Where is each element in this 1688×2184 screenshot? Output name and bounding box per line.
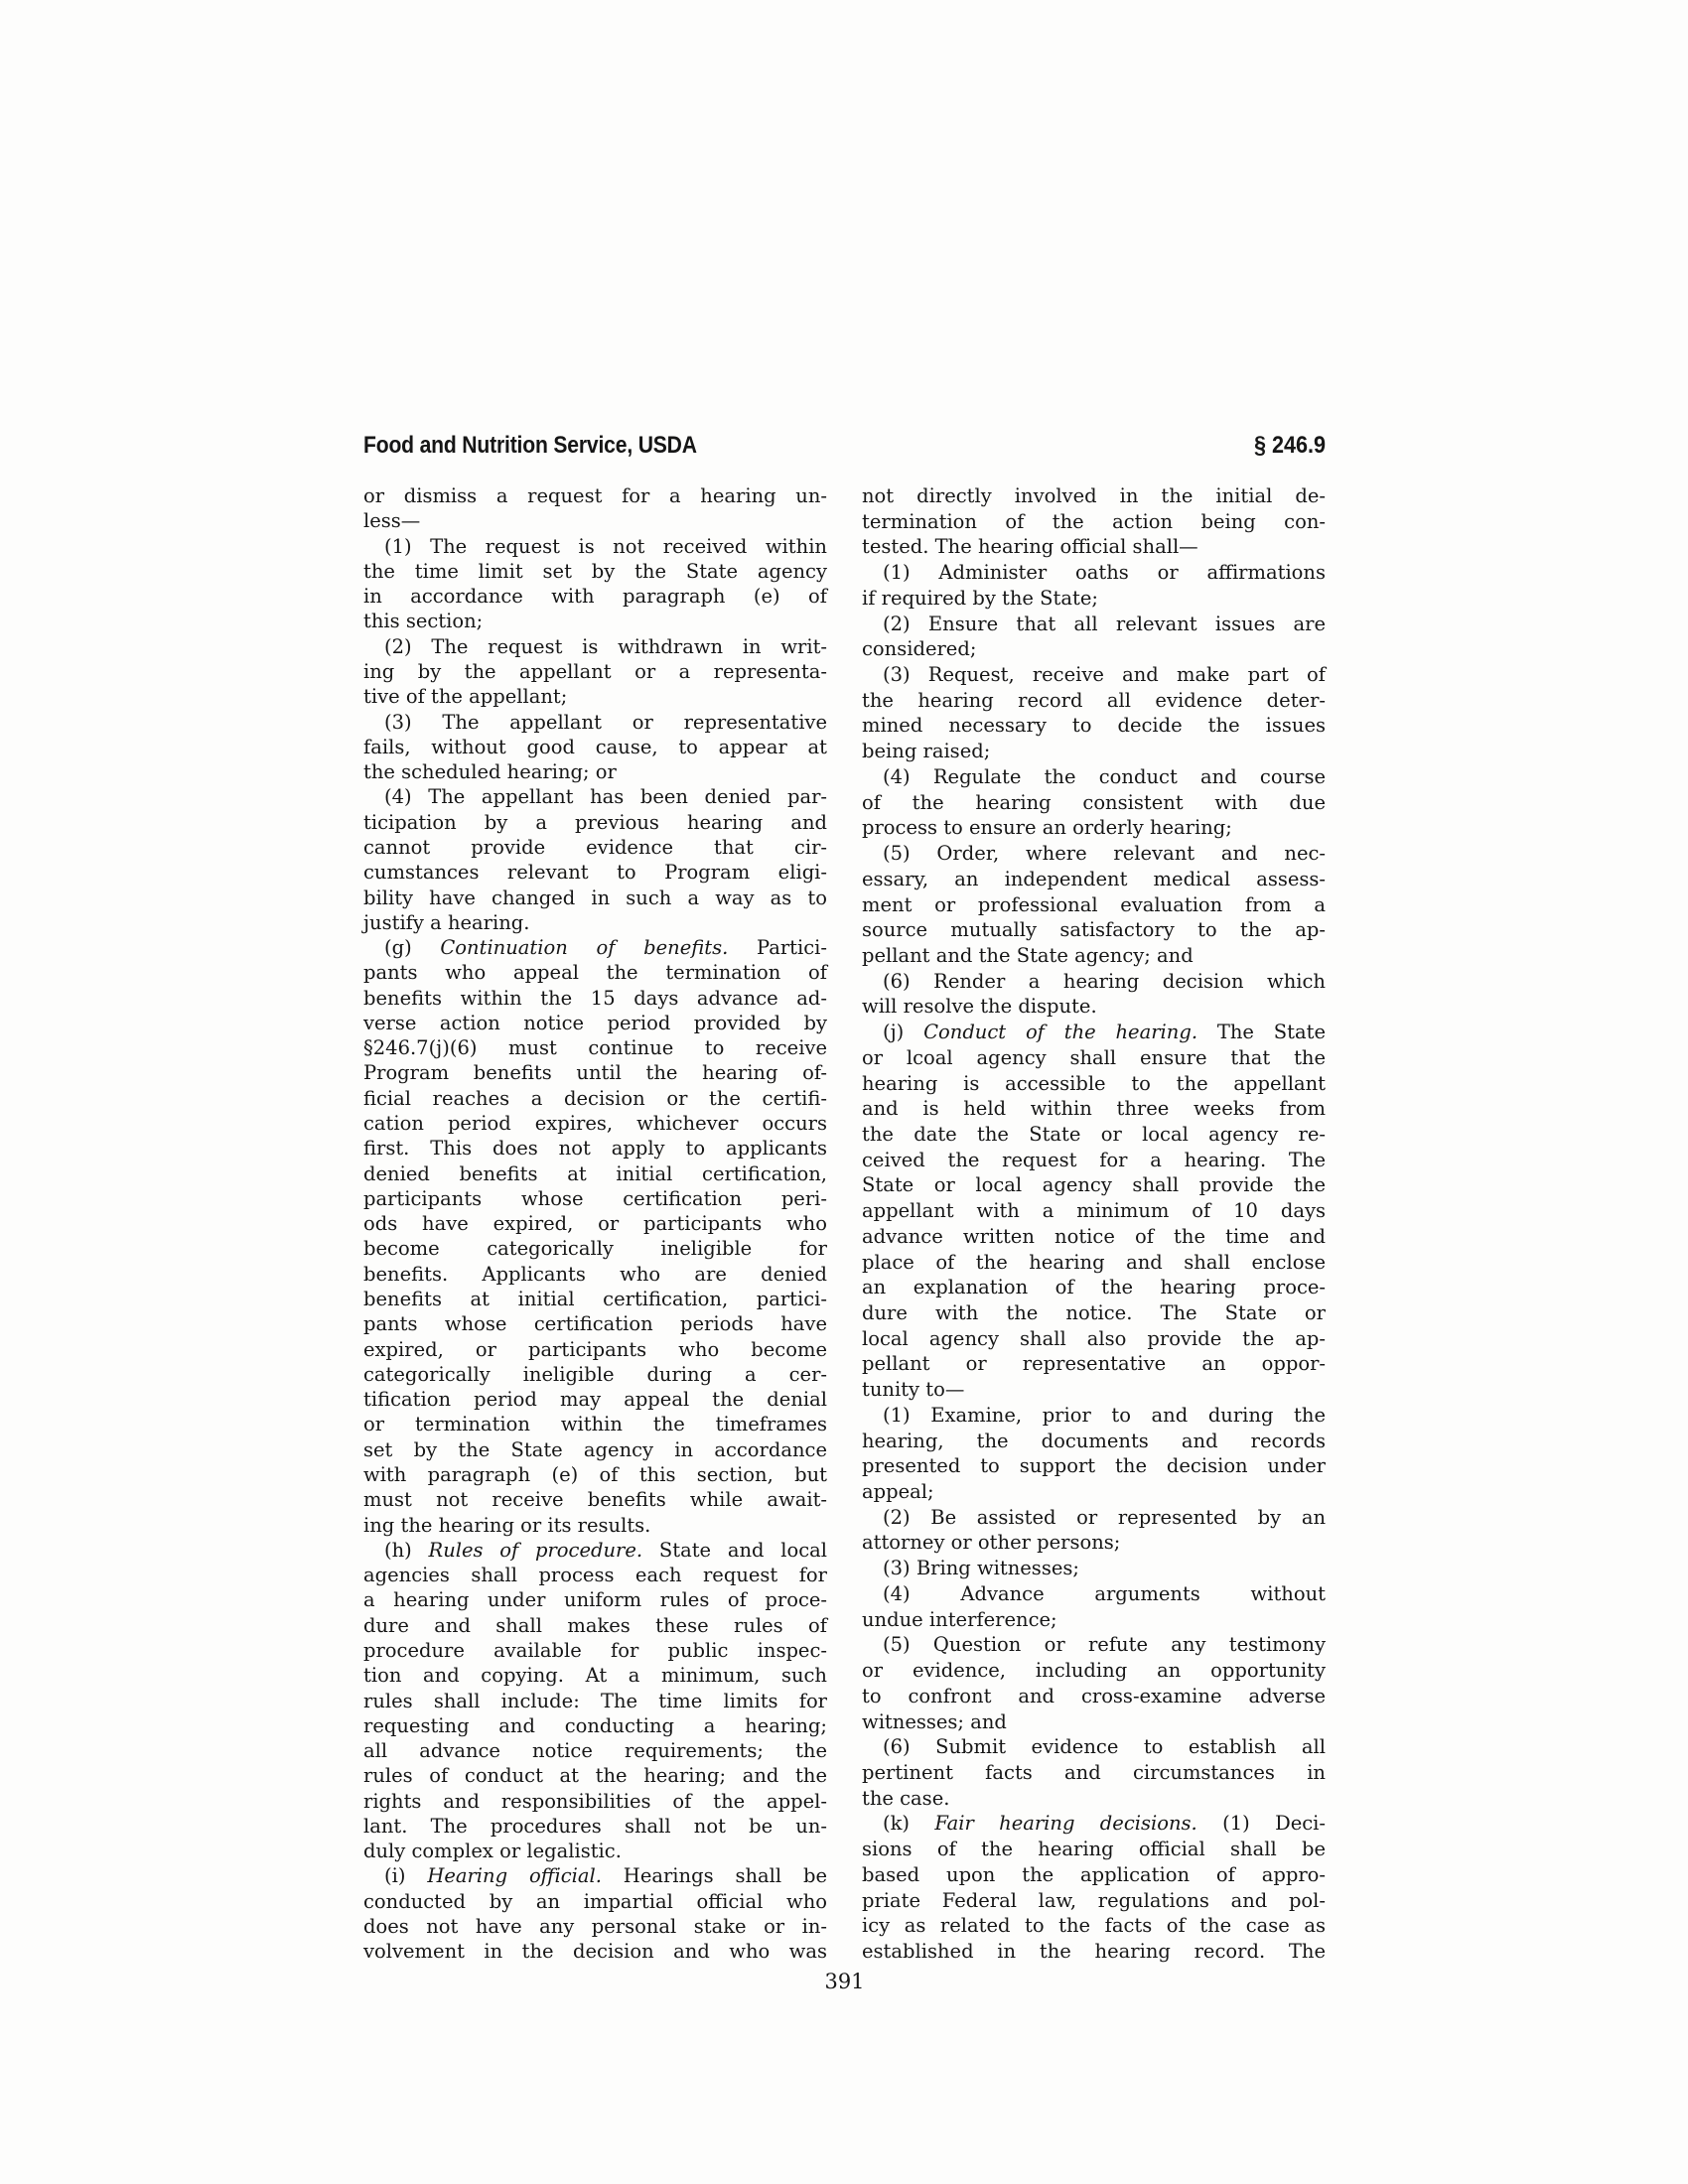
text-line: State or local agency shall provide the — [862, 1172, 1326, 1198]
text-line: (3) Bring witnesses; — [862, 1556, 1326, 1581]
body-text: ing the hearing or its results. — [363, 1514, 650, 1537]
body-text: cumstances relevant to Program eligi- — [363, 861, 827, 884]
body-text: ods have expired, or participants who — [363, 1212, 827, 1235]
body-text: cation period expires, whichever occurs — [363, 1112, 827, 1135]
body-text: mined necessary to decide the issues — [862, 714, 1326, 737]
body-text: (1) Administer oaths or affirmations — [883, 561, 1326, 584]
body-text: The State — [1197, 1021, 1326, 1043]
body-text: ficial reaches a decision or the certifi… — [363, 1087, 827, 1110]
text-line: rights and responsibilities of the appel… — [363, 1789, 827, 1814]
text-line: essary, an independent medical assess- — [862, 867, 1326, 892]
body-text: an explanation of the hearing proce- — [862, 1276, 1326, 1298]
text-line: source mutually satisfactory to the ap- — [862, 917, 1326, 943]
body-text: hearing, the documents and records — [862, 1430, 1326, 1452]
body-text: (2) Be assisted or represented by an — [883, 1506, 1326, 1529]
body-text: dure and shall makes these rules of — [363, 1614, 827, 1637]
text-line: tion and copying. At a minimum, such — [363, 1663, 827, 1688]
italic-text: Conduct of the hearing. — [923, 1021, 1197, 1043]
body-text: (4) The appellant has been denied par- — [384, 785, 827, 808]
body-text: cannot provide evidence that cir- — [363, 836, 827, 859]
body-text: will resolve the dispute. — [862, 995, 1097, 1018]
body-text: become categorically ineligible for — [363, 1237, 827, 1260]
body-text: if required by the State; — [862, 587, 1098, 610]
body-text: agencies shall process each request for — [363, 1564, 827, 1586]
body-text: appellant with a minimum of 10 days — [862, 1199, 1326, 1222]
text-line: attorney or other persons; — [862, 1530, 1326, 1556]
body-text: (3) Bring witnesses; — [883, 1557, 1079, 1579]
body-text: undue interference; — [862, 1608, 1057, 1631]
body-text: priate Federal law, regulations and pol- — [862, 1889, 1326, 1912]
text-line: (3) The appellant or representative — [363, 710, 827, 735]
body-text: rights and responsibilities of the appel… — [363, 1790, 827, 1813]
text-line: ment or professional evaluation from a — [862, 892, 1326, 918]
body-text: participants whose certification peri- — [363, 1187, 827, 1210]
text-line: established in the hearing record. The — [862, 1939, 1326, 1965]
text-line: pants whose certification periods have — [363, 1311, 827, 1336]
text-line: all advance notice requirements; the — [363, 1738, 827, 1763]
text-line: justify a hearing. — [363, 910, 827, 935]
text-line: this section; — [363, 609, 827, 633]
body-text: fails, without good cause, to appear at — [363, 736, 827, 758]
text-line: of the hearing consistent with due — [862, 790, 1326, 816]
text-columns: or dismiss a request for a hearing un-le… — [363, 483, 1326, 1965]
body-text: (6) Render a hearing decision which — [883, 970, 1326, 993]
body-text: the time limit set by the State agency — [363, 560, 827, 583]
body-text: established in the hearing record. The — [862, 1940, 1326, 1963]
body-text: a hearing under uniform rules of proce- — [363, 1588, 827, 1611]
body-text: tunity to— — [862, 1378, 964, 1401]
body-text: attorney or other persons; — [862, 1531, 1120, 1554]
body-text: icy as related to the facts of the case … — [862, 1914, 1326, 1937]
text-line: an explanation of the hearing proce- — [862, 1275, 1326, 1300]
text-line: ficial reaches a decision or the certifi… — [363, 1086, 827, 1111]
text-line: Program benefits until the hearing of- — [363, 1060, 827, 1085]
text-line: hearing, the documents and records — [862, 1429, 1326, 1454]
body-text: hearing is accessible to the appellant — [862, 1072, 1326, 1095]
text-line: witnesses; and — [862, 1709, 1326, 1735]
text-line: volvement in the decision and who was — [363, 1939, 827, 1964]
body-text: requesting and conducting a hearing; — [363, 1714, 827, 1737]
body-text: duly complex or legalistic. — [363, 1840, 622, 1862]
body-text: essary, an independent medical assess- — [862, 868, 1326, 890]
text-line: priate Federal law, regulations and pol- — [862, 1888, 1326, 1914]
body-text: or lcoal agency shall ensure that the — [862, 1046, 1326, 1069]
body-text: witnesses; and — [862, 1710, 1007, 1733]
text-line: benefits. Applicants who are denied — [363, 1262, 827, 1287]
text-line: dure with the notice. The State or — [862, 1300, 1326, 1326]
body-text: set by the State agency in accordance — [363, 1438, 827, 1461]
body-text: in accordance with paragraph (e) of — [363, 585, 827, 608]
text-line: or termination within the timeframes — [363, 1412, 827, 1436]
text-line: in accordance with paragraph (e) of — [363, 584, 827, 609]
body-text: tive of the appellant; — [363, 685, 567, 708]
body-text: State and local — [642, 1539, 827, 1562]
running-head: Food and Nutrition Service, USDA § 246.9 — [363, 431, 1326, 461]
body-text: ment or professional evaluation from a — [862, 893, 1326, 916]
text-line: (j) Conduct of the hearing. The State — [862, 1020, 1326, 1045]
text-line: procedure available for public inspec- — [363, 1638, 827, 1663]
text-line: verse action notice period provided by — [363, 1011, 827, 1035]
text-line: cannot provide evidence that cir- — [363, 835, 827, 860]
body-text: (j) — [883, 1021, 923, 1043]
text-line: fails, without good cause, to appear at — [363, 735, 827, 759]
text-line: duly complex or legalistic. — [363, 1839, 827, 1863]
text-line: §246.7(j)(6) must continue to receive — [363, 1035, 827, 1060]
body-text: Program benefits until the hearing of- — [363, 1061, 827, 1084]
text-line: set by the State agency in accordance — [363, 1437, 827, 1462]
body-text: (5) Order, where relevant and nec- — [883, 842, 1326, 865]
body-text: (1) Deci- — [1197, 1812, 1326, 1835]
running-head-section: § 246.9 — [1254, 431, 1326, 461]
text-line: agencies shall process each request for — [363, 1563, 827, 1587]
body-text: process to ensure an orderly hearing; — [862, 816, 1232, 839]
text-line: benefits within the 15 days advance ad- — [363, 986, 827, 1011]
text-line: sions of the hearing official shall be — [862, 1837, 1326, 1862]
body-text: benefits at initial certification, parti… — [363, 1288, 827, 1310]
body-text: advance written notice of the time and — [862, 1225, 1326, 1248]
body-text: ceived the request for a hearing. The — [862, 1149, 1326, 1171]
body-text: considered; — [862, 637, 976, 660]
text-line: (2) Be assisted or represented by an — [862, 1505, 1326, 1531]
body-text: or evidence, including an opportunity — [862, 1659, 1326, 1682]
text-line: become categorically ineligible for — [363, 1236, 827, 1261]
text-line: the hearing record all evidence deter- — [862, 688, 1326, 714]
body-text: denied benefits at initial certification… — [363, 1162, 827, 1185]
text-line: (4) Advance arguments without — [862, 1581, 1326, 1607]
text-line: presented to support the decision under — [862, 1453, 1326, 1479]
text-line: ing the hearing or its results. — [363, 1513, 827, 1538]
text-line: (1) Administer oaths or affirmations — [862, 560, 1326, 586]
text-line: ing by the appellant or a representa- — [363, 659, 827, 684]
text-line: (1) The request is not received within — [363, 534, 827, 559]
text-line: or evidence, including an opportunity — [862, 1658, 1326, 1684]
body-text: the date the State or local agency re- — [862, 1123, 1326, 1146]
body-text: does not have any personal stake or in- — [363, 1915, 827, 1938]
text-line: ticipation by a previous hearing and — [363, 810, 827, 835]
text-line: less— — [363, 508, 827, 533]
text-line: place of the hearing and shall enclose — [862, 1250, 1326, 1276]
body-text: justify a hearing. — [363, 911, 529, 934]
page-number: 391 — [363, 1970, 1326, 1993]
body-text: (3) The appellant or representative — [384, 711, 827, 734]
body-text: source mutually satisfactory to the ap- — [862, 918, 1326, 941]
text-line: appellant with a minimum of 10 days — [862, 1198, 1326, 1224]
text-line: if required by the State; — [862, 586, 1326, 612]
body-text: being raised; — [862, 740, 990, 762]
text-line: undue interference; — [862, 1607, 1326, 1633]
body-text: termination of the action being con- — [862, 510, 1326, 533]
body-text: dure with the notice. The State or — [862, 1301, 1326, 1324]
text-line: must not receive benefits while await- — [363, 1487, 827, 1512]
body-text: presented to support the decision under — [862, 1454, 1326, 1477]
body-text: to confront and cross-examine adverse — [862, 1685, 1326, 1707]
text-line: (2) Ensure that all relevant issues are — [862, 612, 1326, 637]
text-line: conducted by an impartial official who — [363, 1889, 827, 1914]
text-line: ceived the request for a hearing. The — [862, 1148, 1326, 1173]
text-line: (2) The request is withdrawn in writ- — [363, 634, 827, 659]
body-text: categorically ineligible during a cer- — [363, 1363, 827, 1386]
body-text: State or local agency shall provide the — [862, 1173, 1326, 1196]
text-line: dure and shall makes these rules of — [363, 1613, 827, 1638]
body-text: (4) Regulate the conduct and course — [883, 765, 1326, 788]
text-line: a hearing under uniform rules of proce- — [363, 1587, 827, 1612]
body-text: procedure available for public inspec- — [363, 1639, 827, 1662]
text-line: the scheduled hearing; or — [363, 759, 827, 784]
body-text: tested. The hearing official shall— — [862, 535, 1198, 558]
body-text: must not receive benefits while await- — [363, 1488, 827, 1511]
text-line: lant. The procedures shall not be un- — [363, 1814, 827, 1839]
text-line: pellant and the State agency; and — [862, 943, 1326, 969]
text-line: local agency shall also provide the ap- — [862, 1326, 1326, 1352]
body-text: (4) Advance arguments without — [883, 1582, 1326, 1605]
body-text: place of the hearing and shall enclose — [862, 1251, 1326, 1274]
body-text: (1) Examine, prior to and during the — [883, 1404, 1326, 1427]
text-line: (g) Continuation of benefits. Partici- — [363, 935, 827, 960]
text-line: considered; — [862, 636, 1326, 662]
body-text: of the hearing consistent with due — [862, 791, 1326, 814]
text-line: or lcoal agency shall ensure that the — [862, 1045, 1326, 1071]
text-line: termination of the action being con- — [862, 509, 1326, 535]
body-text: pants whose certification periods have — [363, 1312, 827, 1335]
text-line: participants whose certification peri- — [363, 1186, 827, 1211]
text-line: to confront and cross-examine adverse — [862, 1684, 1326, 1709]
body-text: conducted by an impartial official who — [363, 1890, 827, 1913]
text-line: will resolve the dispute. — [862, 994, 1326, 1020]
text-line: tunity to— — [862, 1377, 1326, 1403]
body-text: verse action notice period provided by — [363, 1012, 827, 1034]
body-text: (2) Ensure that all relevant issues are — [883, 613, 1326, 635]
body-text: (5) Question or refute any testimony — [883, 1633, 1326, 1656]
body-text: local agency shall also provide the ap- — [862, 1327, 1326, 1350]
text-line: benefits at initial certification, parti… — [363, 1287, 827, 1311]
text-line: cation period expires, whichever occurs — [363, 1111, 827, 1136]
text-line: expired, or participants who become — [363, 1337, 827, 1362]
body-text: less— — [363, 509, 420, 532]
body-text: sions of the hearing official shall be — [862, 1838, 1326, 1860]
text-line: cumstances relevant to Program eligi- — [363, 860, 827, 885]
text-line: and is held within three weeks from — [862, 1096, 1326, 1122]
body-text: (k) — [883, 1812, 934, 1835]
text-line: icy as related to the facts of the case … — [862, 1913, 1326, 1939]
text-line: being raised; — [862, 739, 1326, 764]
body-text: pellant or representative an oppor- — [862, 1352, 1326, 1375]
text-line: (5) Question or refute any testimony — [862, 1632, 1326, 1658]
body-text: expired, or participants who become — [363, 1338, 827, 1361]
body-text: based upon the application of appro- — [862, 1863, 1326, 1886]
cfr-page: Food and Nutrition Service, USDA § 246.9… — [0, 0, 1688, 2184]
body-text: (1) The request is not received within — [384, 535, 827, 558]
text-line: with paragraph (e) of this section, but — [363, 1462, 827, 1487]
italic-text: Continuation of benefits. — [440, 936, 728, 959]
text-line: hearing is accessible to the appellant — [862, 1071, 1326, 1097]
text-line: (k) Fair hearing decisions. (1) Deci- — [862, 1811, 1326, 1837]
body-text: rules of conduct at the hearing; and the — [363, 1764, 827, 1787]
body-text: not directly involved in the initial de- — [862, 484, 1326, 507]
text-line: ods have expired, or participants who — [363, 1211, 827, 1236]
body-text: the case. — [862, 1787, 949, 1810]
body-text: all advance notice requirements; the — [363, 1739, 827, 1762]
text-line: based upon the application of appro- — [862, 1862, 1326, 1888]
body-text: pellant and the State agency; and — [862, 944, 1194, 967]
body-text: benefits within the 15 days advance ad- — [363, 987, 827, 1010]
body-text: first. This does not apply to applicants — [363, 1137, 827, 1160]
body-text: lant. The procedures shall not be un- — [363, 1815, 827, 1838]
text-line: (4) Regulate the conduct and course — [862, 764, 1326, 790]
body-text: pants who appeal the termination of — [363, 961, 827, 984]
body-text: volvement in the decision and who was — [363, 1940, 827, 1963]
body-text: rules shall include: The time limits for — [363, 1690, 827, 1712]
text-line: categorically ineligible during a cer- — [363, 1362, 827, 1387]
text-line: appeal; — [862, 1479, 1326, 1505]
italic-text: Fair hearing decisions. — [934, 1812, 1196, 1835]
body-text: (6) Submit evidence to establish all — [883, 1735, 1326, 1758]
text-line: (4) The appellant has been denied par- — [363, 784, 827, 809]
body-text: pertinent facts and circumstances in — [862, 1761, 1326, 1784]
body-text: (2) The request is withdrawn in writ- — [384, 635, 827, 658]
body-text: (g) — [384, 936, 440, 959]
running-head-title: Food and Nutrition Service, USDA — [363, 431, 697, 461]
text-line: or dismiss a request for a hearing un- — [363, 483, 827, 508]
text-line: pellant or representative an oppor- — [862, 1351, 1326, 1377]
body-text: or dismiss a request for a hearing un- — [363, 484, 827, 507]
text-line: (i) Hearing official. Hearings shall be — [363, 1863, 827, 1888]
left-column: or dismiss a request for a hearing un-le… — [363, 483, 827, 1965]
text-line: (6) Submit evidence to establish all — [862, 1734, 1326, 1760]
body-text: ticipation by a previous hearing and — [363, 811, 827, 834]
text-line: pertinent facts and circumstances in — [862, 1760, 1326, 1786]
text-line: (h) Rules of procedure. State and local — [363, 1538, 827, 1563]
text-line: bility have changed in such a way as to — [363, 886, 827, 910]
body-text: ing by the appellant or a representa- — [363, 660, 827, 683]
text-line: denied benefits at initial certification… — [363, 1161, 827, 1186]
text-line: rules of conduct at the hearing; and the — [363, 1763, 827, 1788]
text-line: (6) Render a hearing decision which — [862, 969, 1326, 995]
body-text: (i) — [384, 1864, 427, 1887]
text-line: does not have any personal stake or in- — [363, 1914, 827, 1939]
body-text: and is held within three weeks from — [862, 1097, 1326, 1120]
text-line: not directly involved in the initial de- — [862, 483, 1326, 509]
text-line: first. This does not apply to applicants — [363, 1136, 827, 1160]
text-line: (1) Examine, prior to and during the — [862, 1403, 1326, 1429]
text-line: requesting and conducting a hearing; — [363, 1713, 827, 1738]
text-line: the case. — [862, 1786, 1326, 1812]
body-text: this section; — [363, 610, 483, 632]
body-text: or termination within the timeframes — [363, 1413, 827, 1435]
italic-text: Hearing official. — [427, 1864, 602, 1887]
body-text: Hearings shall be — [602, 1864, 827, 1887]
body-text: appeal; — [862, 1480, 934, 1503]
text-line: advance written notice of the time and — [862, 1224, 1326, 1250]
right-column: not directly involved in the initial de-… — [862, 483, 1326, 1965]
body-text: tification period may appeal the denial — [363, 1388, 827, 1411]
body-text: benefits. Applicants who are denied — [363, 1263, 827, 1286]
body-text: tion and copying. At a minimum, such — [363, 1664, 827, 1687]
text-line: pants who appeal the termination of — [363, 960, 827, 985]
body-text: §246.7(j)(6) must continue to receive — [363, 1036, 827, 1059]
text-line: rules shall include: The time limits for — [363, 1689, 827, 1713]
body-text: Partici- — [728, 936, 827, 959]
body-text: with paragraph (e) of this section, but — [363, 1463, 827, 1486]
body-text: the hearing record all evidence deter- — [862, 689, 1326, 712]
text-line: tive of the appellant; — [363, 684, 827, 709]
text-line: (3) Request, receive and make part of — [862, 662, 1326, 688]
text-line: process to ensure an orderly hearing; — [862, 815, 1326, 841]
text-line: tification period may appeal the denial — [363, 1387, 827, 1412]
text-line: (5) Order, where relevant and nec- — [862, 841, 1326, 867]
body-text: (3) Request, receive and make part of — [883, 663, 1326, 686]
body-text: (h) — [384, 1539, 429, 1562]
body-text: the scheduled hearing; or — [363, 760, 617, 783]
text-line: the date the State or local agency re- — [862, 1122, 1326, 1148]
body-text: bility have changed in such a way as to — [363, 887, 827, 909]
text-line: the time limit set by the State agency — [363, 559, 827, 584]
text-line: tested. The hearing official shall— — [862, 534, 1326, 560]
italic-text: Rules of procedure. — [429, 1539, 643, 1562]
text-line: mined necessary to decide the issues — [862, 713, 1326, 739]
